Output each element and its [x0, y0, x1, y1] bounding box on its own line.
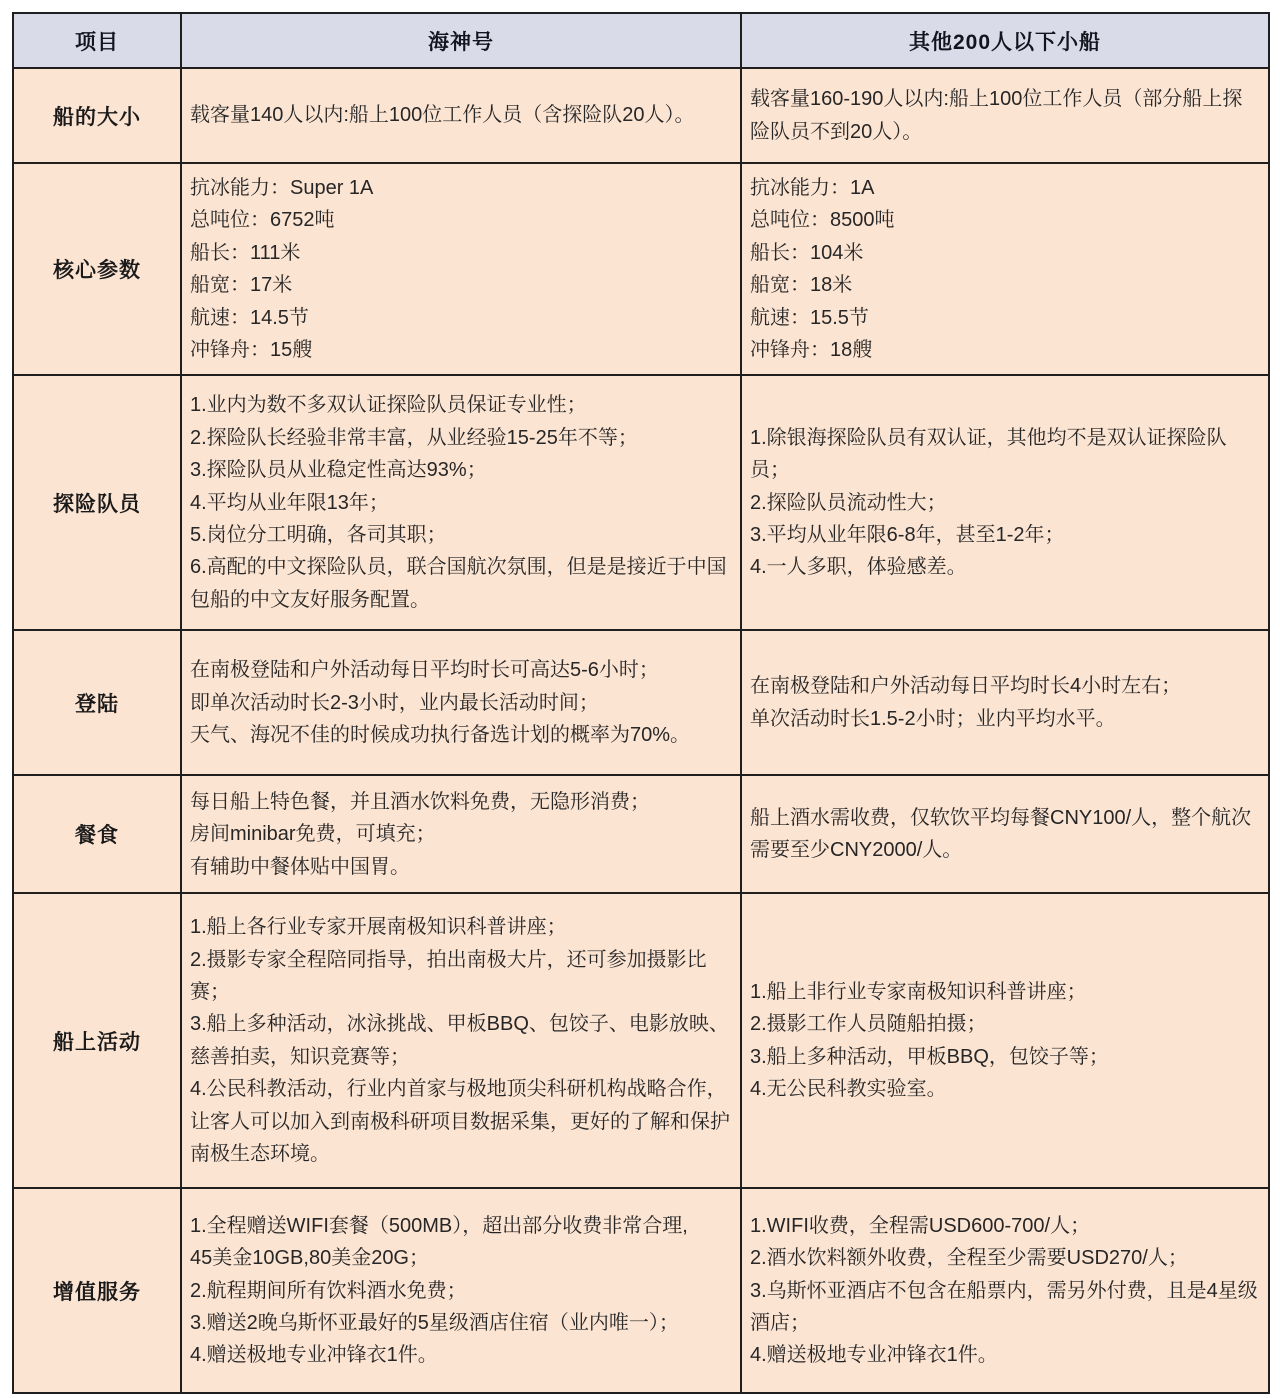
table-row-dining: 餐食 每日船上特色餐，并且酒水饮料免费，无隐形消费； 房间minibar免费，可…: [13, 775, 1269, 893]
row-label: 探险队员: [13, 375, 181, 630]
ship-cell: 1.船上各行业专家开展南极知识科普讲座； 2.摄影专家全程陪同指导，拍出南极大片…: [181, 893, 741, 1188]
header-row: 项目 海神号 其他200人以下小船: [13, 13, 1269, 68]
page-canvas: 项目 海神号 其他200人以下小船 船的大小 载客量140人以内:船上100位工…: [0, 0, 1280, 1398]
other-cell: 1.船上非行业专家南极知识科普讲座； 2.摄影工作人员随船拍摄； 3.船上多种活…: [741, 893, 1269, 1188]
other-cell: 1.WIFI收费，全程需USD600-700/人； 2.酒水饮料额外收费，全程至…: [741, 1188, 1269, 1393]
col-header-item: 项目: [13, 13, 181, 68]
other-cell: 抗冰能力：1A 总吨位：8500吨 船长：104米 船宽：18米 航速：15.5…: [741, 163, 1269, 375]
table-row-ship-size: 船的大小 载客量140人以内:船上100位工作人员（含探险队20人）。 载客量1…: [13, 68, 1269, 163]
ship-comparison-table: 项目 海神号 其他200人以下小船 船的大小 载客量140人以内:船上100位工…: [12, 12, 1270, 1394]
table-row-landing: 登陆 在南极登陆和户外活动每日平均时长可高达5-6小时； 即单次活动时长2-3小…: [13, 630, 1269, 775]
row-label: 船上活动: [13, 893, 181, 1188]
col-header-other: 其他200人以下小船: [741, 13, 1269, 68]
col-header-ship: 海神号: [181, 13, 741, 68]
table-row-value-added-services: 增值服务 1.全程赠送WIFI套餐（500MB），超出部分收费非常合理, 45美…: [13, 1188, 1269, 1393]
ship-cell: 1.全程赠送WIFI套餐（500MB），超出部分收费非常合理, 45美金10GB…: [181, 1188, 741, 1393]
ship-cell: 载客量140人以内:船上100位工作人员（含探险队20人）。: [181, 68, 741, 163]
other-cell: 载客量160-190人以内:船上100位工作人员（部分船上探险队员不到20人）。: [741, 68, 1269, 163]
other-cell: 1.除银海探险队员有双认证，其他均不是双认证探险队员； 2.探险队员流动性大； …: [741, 375, 1269, 630]
row-label: 增值服务: [13, 1188, 181, 1393]
ship-cell: 抗冰能力：Super 1A 总吨位：6752吨 船长：111米 船宽：17米 航…: [181, 163, 741, 375]
ship-cell: 每日船上特色餐，并且酒水饮料免费，无隐形消费； 房间minibar免费，可填充；…: [181, 775, 741, 893]
other-cell: 船上酒水需收费，仅软饮平均每餐CNY100/人，整个航次需要至少CNY2000/…: [741, 775, 1269, 893]
table-row-core-specs: 核心参数 抗冰能力：Super 1A 总吨位：6752吨 船长：111米 船宽：…: [13, 163, 1269, 375]
table-row-onboard-activities: 船上活动 1.船上各行业专家开展南极知识科普讲座； 2.摄影专家全程陪同指导，拍…: [13, 893, 1269, 1188]
ship-cell: 在南极登陆和户外活动每日平均时长可高达5-6小时； 即单次活动时长2-3小时，业…: [181, 630, 741, 775]
row-label: 船的大小: [13, 68, 181, 163]
other-cell: 在南极登陆和户外活动每日平均时长4小时左右； 单次活动时长1.5-2小时；业内平…: [741, 630, 1269, 775]
row-label: 核心参数: [13, 163, 181, 375]
row-label: 登陆: [13, 630, 181, 775]
ship-cell: 1.业内为数不多双认证探险队员保证专业性； 2.探险队长经验非常丰富，从业经验1…: [181, 375, 741, 630]
row-label: 餐食: [13, 775, 181, 893]
table-row-expedition-team: 探险队员 1.业内为数不多双认证探险队员保证专业性； 2.探险队长经验非常丰富，…: [13, 375, 1269, 630]
